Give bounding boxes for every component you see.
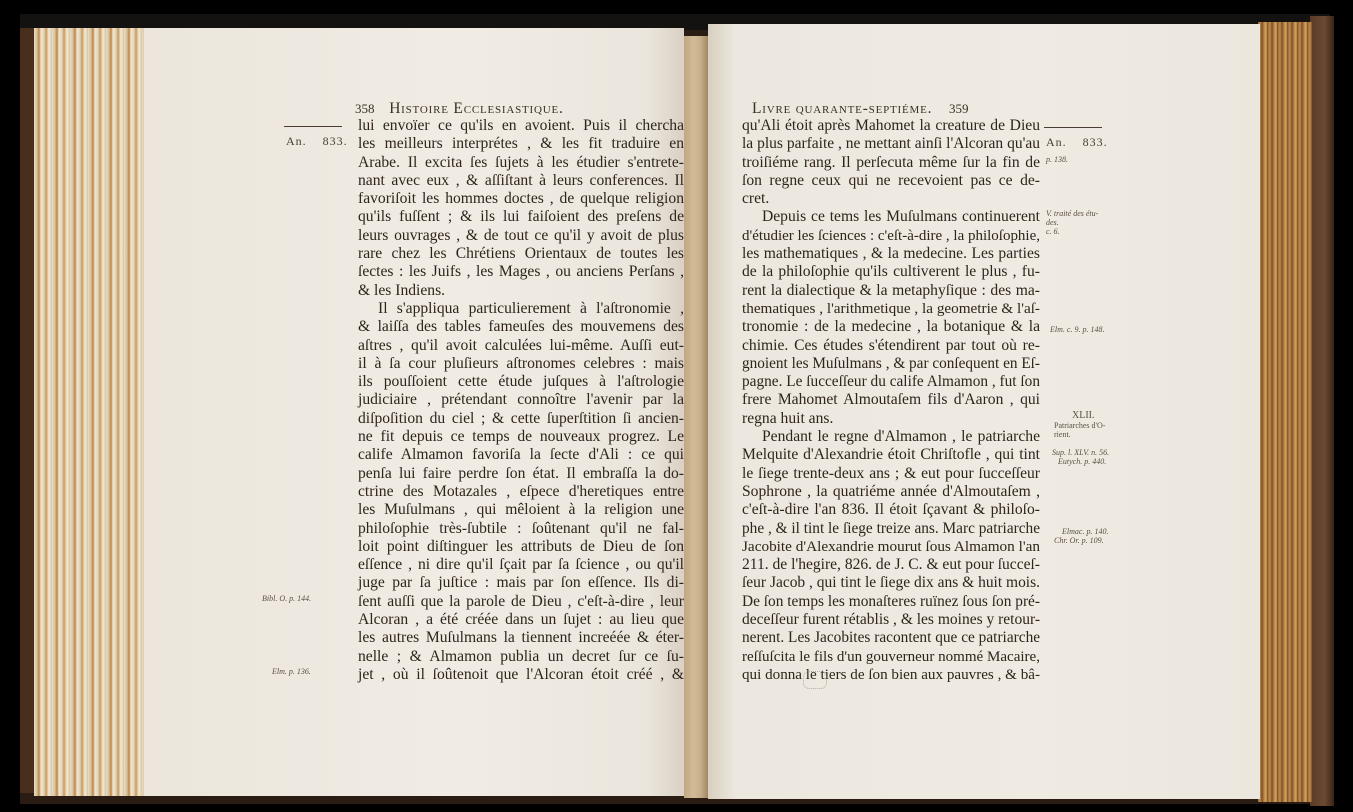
margin-note: Elmac. p. 140. xyxy=(1062,527,1108,536)
text-line: qu'ils fuſſent ; & ils lui faiſoient des… xyxy=(358,208,684,226)
text-line: qu'Ali étoit après Mahomet la creature d… xyxy=(742,117,1040,135)
margin-note: c. 6. xyxy=(1046,227,1060,236)
left-page-number: 358 xyxy=(355,101,375,116)
text-line: loit point diſtinguer les attributs de D… xyxy=(358,538,684,556)
text-line: nant avec eux , & aſſiſtant à leurs conf… xyxy=(358,172,684,190)
text-line: qui donna le tiers de ſon bien aux pauvr… xyxy=(742,666,1040,684)
margin-note: Elm. c. 9. p. 148. xyxy=(1050,325,1104,334)
text-line: les autres Muſulmans la tiennent increéé… xyxy=(358,629,684,647)
left-page-body: lui envoïer ce qu'ils en avoient. Puis i… xyxy=(358,117,684,684)
text-line: ſectes : les Juifs , les Mages , ou anci… xyxy=(358,263,684,281)
margin-rule xyxy=(1044,127,1102,128)
text-line: leurs ouvrages , & de tout ce qu'il y av… xyxy=(358,227,684,245)
library-stamp xyxy=(803,671,827,689)
text-line: judiciaire , prétendant connoître l'aven… xyxy=(358,391,684,409)
text-line: de la philoſophie qu'ils cultiverent le … xyxy=(742,263,1040,281)
text-line: reſſuſcita le fils d'un gouverneur nommé… xyxy=(742,648,1040,666)
text-line: ctrine des Motazales , eſpece d'heretiqu… xyxy=(358,483,684,501)
text-line: 211. de l'hegire, 826. de J. C. & eut po… xyxy=(742,556,1040,574)
text-line: rent la dialectique & la metaphyſique : … xyxy=(742,282,1040,300)
text-line: Depuis ce tems les Muſulmans continueren… xyxy=(742,208,1040,226)
right-running-head: Livre quarante-septiéme. 359 xyxy=(752,100,968,118)
text-line: Pendant le regne d'Almamon , le patriarc… xyxy=(742,428,1040,446)
text-line: jet , où il ſoûtenoit que l'Alcoran étoi… xyxy=(358,666,684,684)
text-line: & laiſſa des tables fameuſes des mouveme… xyxy=(358,318,684,336)
text-line: pagne. Le ſucceſſeur du calife Almamon ,… xyxy=(742,373,1040,391)
text-line: chimie. Ces études s'étendirent par tout… xyxy=(742,337,1040,355)
left-margin-year: An. 833. xyxy=(286,134,348,149)
text-line: nerent. Les Jacobites racontent que ce p… xyxy=(742,629,1040,647)
text-line: rare chez les Chrétiens Orientaux de tou… xyxy=(358,245,684,263)
text-line: Sophrone , la quatriéme année d'Almoutaſ… xyxy=(742,483,1040,501)
margin-note: p. 138. xyxy=(1046,155,1068,164)
text-line: Melquite d'Alexandrie étoit Chriſtofle ,… xyxy=(742,446,1040,464)
text-line: favoriſoit les hommes doctes , de quelqu… xyxy=(358,190,684,208)
text-line: phe , & il tint le ſiege treize ans. Mar… xyxy=(742,520,1040,538)
left-running-head: 358 Histoire Ecclesiastique. xyxy=(355,100,564,118)
right-page-body: qu'Ali étoit après Mahomet la creature d… xyxy=(742,117,1040,684)
book-gutter xyxy=(684,36,708,798)
text-line: les Muſulmans , qui mêloient à la religi… xyxy=(358,501,684,519)
text-line: c'eſt-à-dire l'an 836. Il étoit ſçavant … xyxy=(742,501,1040,519)
text-line: juge par ſa juſtice : mais par ſon eſſen… xyxy=(358,574,684,592)
page-edges-right xyxy=(1258,22,1312,802)
text-line: ne fit depuis ce temps de nouveaux progr… xyxy=(358,428,684,446)
text-line: De ſon temps les monaſteres ruïnez ſous … xyxy=(742,593,1040,611)
right-margin-year: An. 833. xyxy=(1046,135,1108,150)
year-label: An. xyxy=(286,134,307,148)
text-line: ſeur Jacob , qui tint le ſiege dix ans &… xyxy=(742,574,1040,592)
page-edges-left xyxy=(34,28,144,796)
margin-note: V. traité des étu- xyxy=(1046,209,1098,218)
year-value: 833. xyxy=(323,134,348,148)
text-line: thematiques , l'arithmetique , la geomet… xyxy=(742,300,1040,318)
text-line: Jacobite d'Alexandrie mourut ſous Almamo… xyxy=(742,538,1040,556)
text-line: il à ſa cour pluſieurs aſtronomes celebr… xyxy=(358,355,684,373)
section-number: XLII. xyxy=(1072,411,1095,420)
text-line: Alcoran , a été créée dans un ſujet : au… xyxy=(358,611,684,629)
text-line: le ſiege trente-deux ans ; & eut pour ſu… xyxy=(742,465,1040,483)
margin-note: des. xyxy=(1046,218,1059,227)
text-line: diſpoſition du ciel ; & cette ſuperſtiti… xyxy=(358,410,684,428)
left-running-title: Histoire Ecclesiastique. xyxy=(389,100,564,117)
text-line: & les Indiens. xyxy=(358,282,684,300)
text-line: regna huit ans. xyxy=(742,410,1040,428)
text-line: nelle ; & Almamon publia un decret ſur c… xyxy=(358,648,684,666)
text-line: tronomie : de la medecine , la botanique… xyxy=(742,318,1040,336)
year-label: An. xyxy=(1046,135,1067,149)
margin-note: Bibl. O. p. 144. xyxy=(262,594,311,603)
text-line: Arabe. Il excita ſes ſujets à les étudie… xyxy=(358,154,684,172)
right-running-title: Livre quarante-septiéme. xyxy=(752,100,932,117)
text-line: troiſiéme rang. Il perſecuta même ſur la… xyxy=(742,154,1040,172)
section-title: Patriarches d'O- xyxy=(1054,421,1105,430)
text-line: ils pouſſoient cette étude juſques à l'a… xyxy=(358,373,684,391)
margin-note: Chr. Or. p. 109. xyxy=(1054,536,1104,545)
text-line: ſent auſſi que la parole de Dieu , c'eſt… xyxy=(358,593,684,611)
text-line: eſſence , ni dire qu'il ſçait par ſa ſci… xyxy=(358,556,684,574)
margin-note: Eutych. p. 440. xyxy=(1058,457,1106,466)
text-line: philoſophie très-ſubtile : ſoûtenant qu'… xyxy=(358,520,684,538)
text-line: les mathematiques , & la medecine. Les p… xyxy=(742,245,1040,263)
section-title: rient. xyxy=(1054,430,1071,439)
text-line: Il s'appliqua particulierement à l'aſtro… xyxy=(358,300,684,318)
text-line: calife Almamon favoriſa la ſecte d'Ali :… xyxy=(358,446,684,464)
text-line: les meilleurs interprétes , & les fit tr… xyxy=(358,135,684,153)
margin-note: Sup. l. XLV. n. 56. xyxy=(1052,448,1109,457)
text-line: aſtres , qu'il avoit calculées lui-même.… xyxy=(358,337,684,355)
text-line: frere Mahomet Almoutaſem fils d'Aaron , … xyxy=(742,391,1040,409)
book-cover-right xyxy=(1310,16,1334,806)
book-cover-left xyxy=(20,28,34,793)
right-page-number: 359 xyxy=(949,101,969,116)
text-line: ſon regne ceux qui ne recevoient pas ce … xyxy=(742,172,1040,190)
margin-rule xyxy=(284,126,342,127)
text-line: deceſſeur furent rétablis , & les moines… xyxy=(742,611,1040,629)
text-line: la plus parfaite , ne mettant ainſi l'Al… xyxy=(742,135,1040,153)
year-value: 833. xyxy=(1083,135,1108,149)
text-line: lui envoïer ce qu'ils en avoient. Puis i… xyxy=(358,117,684,135)
text-line: gnoient les Muſulmans , & par conſequent… xyxy=(742,355,1040,373)
text-line: d'étudier les ſciences : c'eſt-à-dire , … xyxy=(742,227,1040,245)
text-line: penſa lui faire perdre ſon état. Il embr… xyxy=(358,465,684,483)
margin-note: Elm. p. 136. xyxy=(272,667,311,676)
text-line: cret. xyxy=(742,190,1040,208)
